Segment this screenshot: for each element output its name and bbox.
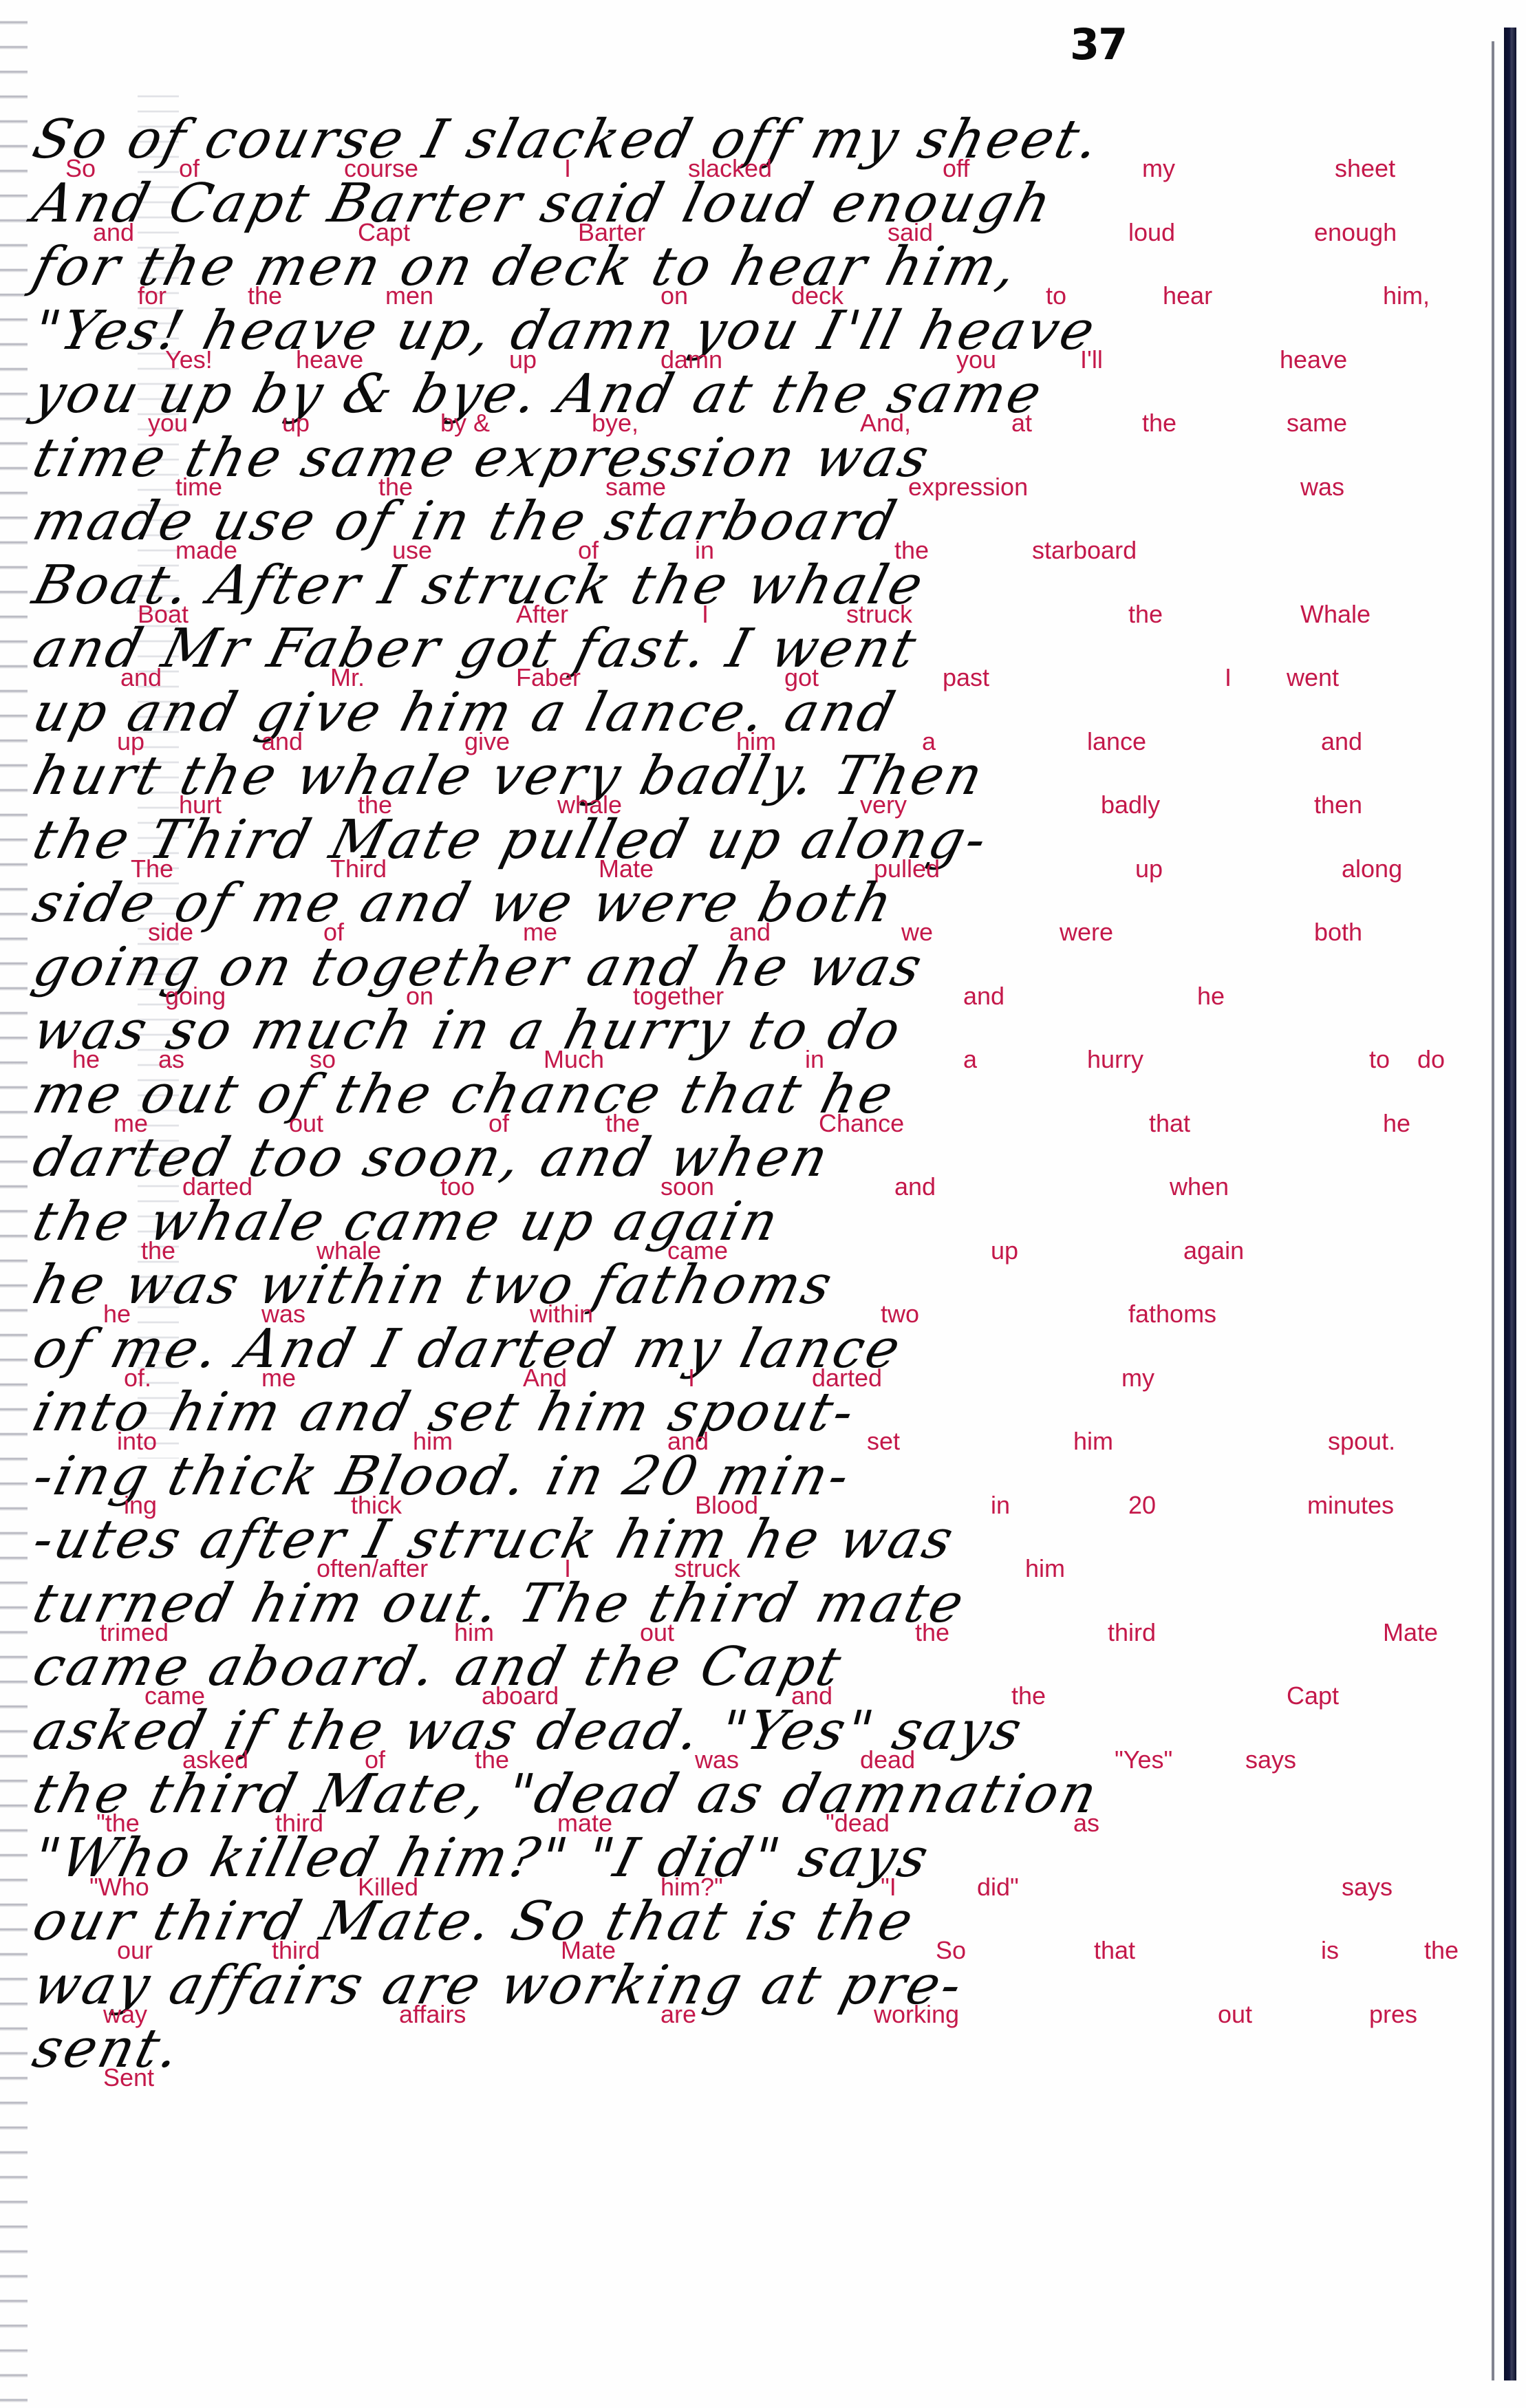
right-binding-edge	[1504, 28, 1516, 2380]
page-number: 37	[1070, 19, 1126, 69]
transcription-word: Sent	[103, 2063, 154, 2092]
manuscript-line: sent.Sent	[28, 2021, 1486, 2096]
left-scan-edge	[0, 0, 28, 2408]
manuscript-page: 37 So of course I slacked off my sheet.S…	[0, 0, 1526, 2408]
transcription-annotations: Sent	[28, 2063, 1486, 2095]
